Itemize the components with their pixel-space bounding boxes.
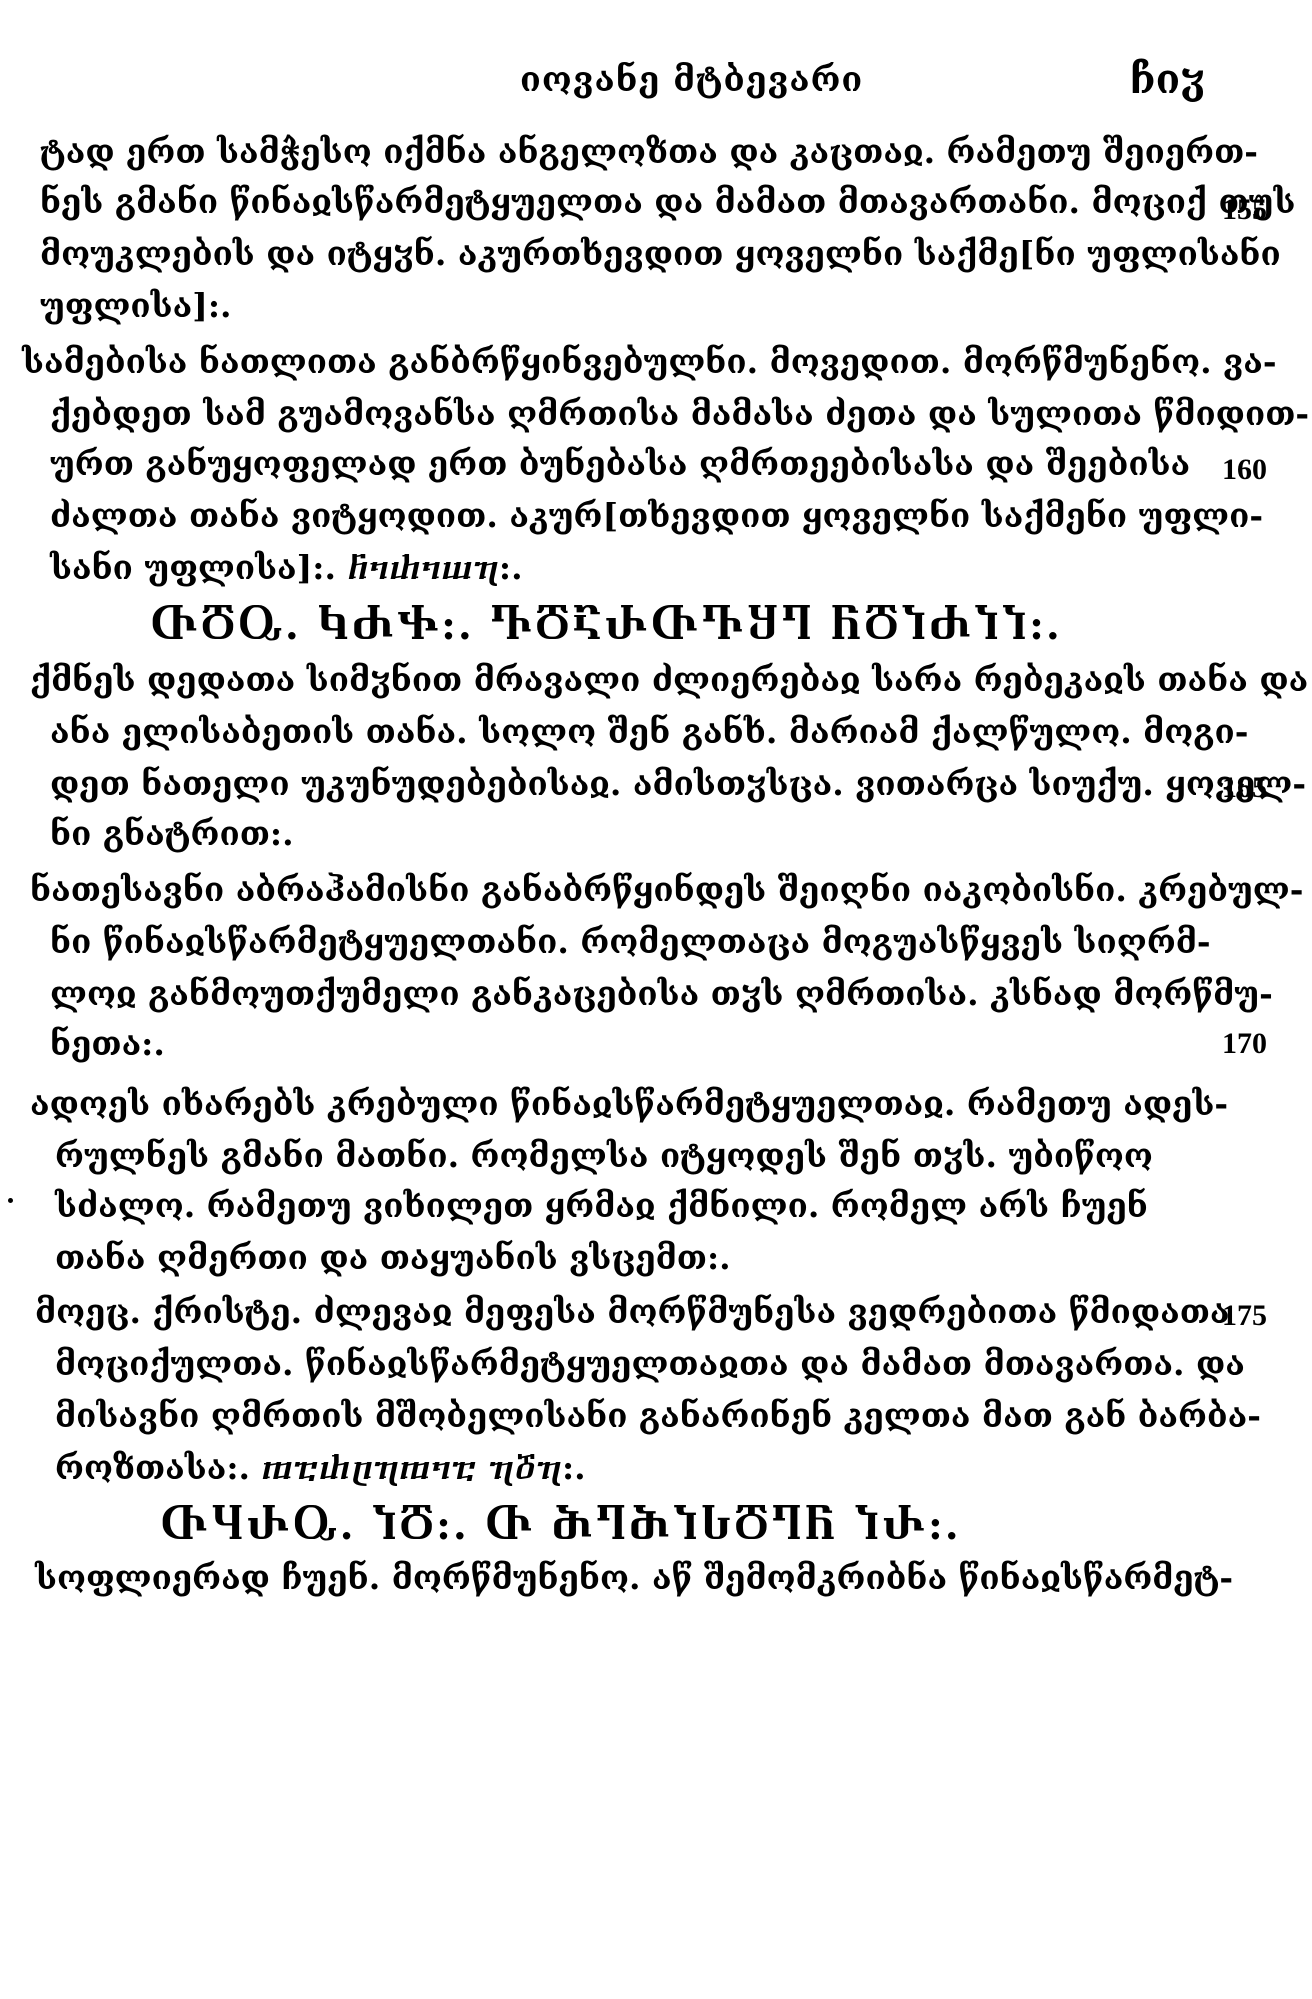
text-line: ქებდეთ სამ გუამოვანსა ღმრთისა მამასა ძეთ… bbox=[50, 392, 1309, 436]
text-line: მოეც. ქრისტე. ძლევაჲ მეფესა მორწმუნესა ვ… bbox=[35, 1290, 1230, 1334]
text-line: ნი წინაჲსწარმეტყუელთანი. რომელთაცა მოგუა… bbox=[50, 920, 1211, 964]
text-line: ურთ განუყოფელად ერთ ბუნებასა ღმრთეებისას… bbox=[50, 442, 1190, 486]
text-line: მისავნი ღმრთის მშობელისანი განარინენ კელ… bbox=[55, 1394, 1261, 1438]
text-line: უფლისა]:. bbox=[40, 284, 232, 328]
text-line: სამებისა ნათლითა განბრწყინვებულნი. მოვედ… bbox=[22, 340, 1277, 384]
text-line: მოუკლების და იტყჳნ. აკურთხევდით ყოველნი … bbox=[40, 232, 1281, 276]
text-line: სოფლიერად ჩუენ. მორწმუნენო. აწ შემომკრიბ… bbox=[35, 1556, 1233, 1600]
scan-speck bbox=[8, 1198, 13, 1203]
text-line: სანი უფლისა]:. ⴌⴈⴐⴈⴍⴄ:. bbox=[50, 546, 523, 590]
text-line: ნეთა:. bbox=[50, 1022, 165, 1066]
line-number: 155 bbox=[1222, 188, 1267, 232]
text-line: სძალო. რამეთუ ვიხილეთ ყრმაჲ ქმნილი. რომე… bbox=[55, 1184, 1148, 1228]
text-line: ლოჲ განმოუთქუმელი განკაცებისა თჳს ღმრთის… bbox=[50, 972, 1273, 1016]
text-line: მოციქულთა. წინაჲსწარმეტყუელთაჲთა და მამა… bbox=[55, 1342, 1245, 1386]
text-line: ტად ერთ სამჭესო იქმნა ანგელოზთა და კაცთა… bbox=[40, 130, 1258, 174]
text-line: ქმნეს დედათა სიმჳნით მრავალი ძლიერებაჲ ს… bbox=[30, 658, 1308, 702]
text-line: ანა ელისაბეთის თანა. სოლო შენ განხ. მარი… bbox=[50, 710, 1248, 754]
page-number: ჩიჳ bbox=[1130, 56, 1205, 103]
text-line: რულნეს გმანი მათნი. რომელსა იტყოდეს შენ … bbox=[55, 1134, 1153, 1178]
text-line: თანა ღმერთი და თაყუანის ვსცემთ:. bbox=[55, 1236, 731, 1280]
text-line: ნეს გმანი წინაჲსწარმეტყუელთა და მამათ მთ… bbox=[40, 180, 1295, 224]
text-line: ნათესავნი აბრაჰამისნი განაბრწყინდეს შეიღ… bbox=[30, 868, 1303, 912]
section-heading-ode-8: ႧႣႭ. ႩႻႵ:. ႥႣႠႰႧႥႸႤ ႬႣႨႻႨႨ:. bbox=[150, 600, 1062, 652]
text-line: ნი გნატრით:. bbox=[50, 812, 294, 856]
line-number: 175 bbox=[1222, 1294, 1267, 1338]
running-head: იოვანე მტბევარი ჩიჳ bbox=[0, 60, 1312, 120]
section-heading-ode-9: ႧႷႰႭ. ႨႣ:. Ⴇ ႫႤႫႨႱႣႤႬ ႨႰ:. bbox=[160, 1500, 961, 1552]
text-line: ძალთა თანა ვიტყოდით. აკურ[თხევდით ყოველნ… bbox=[50, 494, 1263, 538]
text-line: დეთ ნათელი უკუნუდებებისაჲ. ამისთჳსცა. ვი… bbox=[50, 762, 1306, 806]
line-number: 160 bbox=[1222, 448, 1267, 492]
line-number: 170 bbox=[1222, 1022, 1267, 1066]
text-line: როზთასა:. ⴊⴀⴐⴚⴄⴊⴈⴀ ⴄⴃⴄ:. bbox=[55, 1446, 586, 1490]
running-title: იოვანე მტბევარი bbox=[520, 60, 863, 100]
scanned-book-page: იოვანე მტბევარი ჩიჳ ტად ერთ სამჭესო იქმნ… bbox=[0, 0, 1312, 1999]
line-number: 165 bbox=[1222, 766, 1267, 810]
text-line: ადოეს იხარებს კრებული წინაჲსწარმეტყუელთა… bbox=[30, 1082, 1228, 1126]
